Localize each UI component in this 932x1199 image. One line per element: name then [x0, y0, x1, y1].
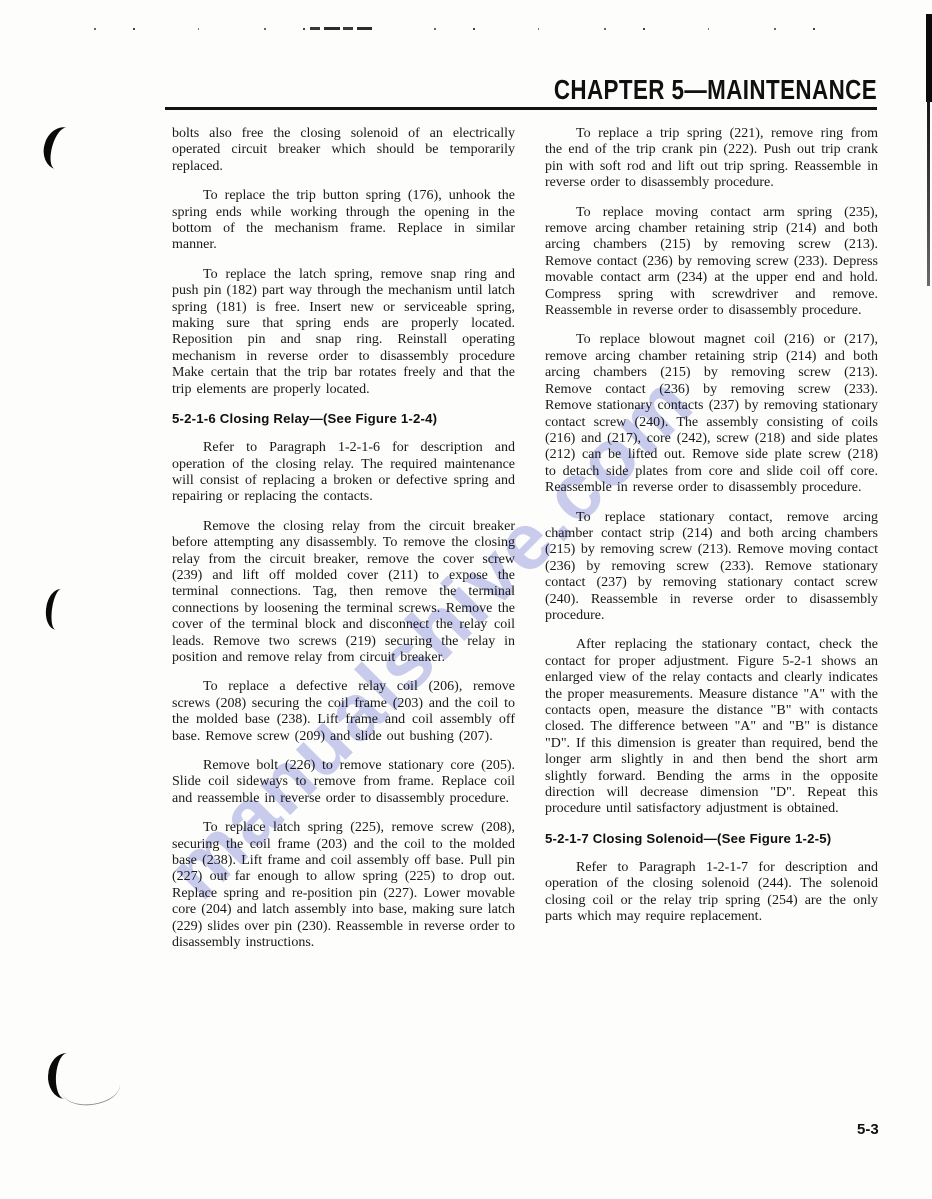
page-number: 5-3	[857, 1121, 879, 1138]
paragraph: To replace stationary contact, remove ar…	[545, 510, 878, 625]
scan-noise-line	[78, 28, 858, 30]
paragraph: bolts also free the closing solenoid of …	[172, 126, 515, 175]
paragraph: To replace blowout magnet coil (216) or …	[545, 332, 878, 496]
scan-edge-bar	[926, 14, 932, 102]
paragraph: Remove bolt (226) to remove stationary c…	[172, 758, 515, 807]
paragraph: Refer to Paragraph 1-2-1-6 for descripti…	[172, 440, 515, 506]
paragraph: Remove the closing relay from the circui…	[172, 519, 515, 667]
paragraph: To replace the trip button spring (176),…	[172, 188, 515, 254]
paragraph: To replace moving contact arm spring (23…	[545, 205, 878, 320]
paragraph: After replacing the stationary contact, …	[545, 637, 878, 817]
section-heading: 5-2-1-7 Closing Solenoid—(See Figure 1-2…	[545, 831, 878, 846]
paragraph: Refer to Paragraph 1-2-1-7 for descripti…	[545, 860, 878, 926]
header-rule	[165, 107, 877, 110]
scan-noise-dashes	[310, 27, 372, 30]
paragraph: To replace a trip spring (221), remove r…	[545, 126, 878, 192]
right-column: To replace a trip spring (221), remove r…	[545, 126, 878, 938]
paragraph: To replace latch spring (225), remove sc…	[172, 820, 515, 951]
paragraph: To replace the latch spring, remove snap…	[172, 267, 515, 398]
left-column: bolts also free the closing solenoid of …	[172, 126, 515, 964]
manual-page: CHAPTER 5—MAINTENANCE manualshive.com bo…	[0, 0, 932, 1199]
paragraph: To replace a defective relay coil (206),…	[172, 679, 515, 745]
chapter-header: CHAPTER 5—MAINTENANCE	[554, 74, 877, 106]
binder-mark-middle	[43, 587, 73, 631]
scan-edge-line	[927, 100, 930, 286]
binder-mark-top	[39, 123, 84, 174]
section-heading: 5-2-1-6 Closing Relay—(See Figure 1-2-4)	[172, 411, 515, 426]
